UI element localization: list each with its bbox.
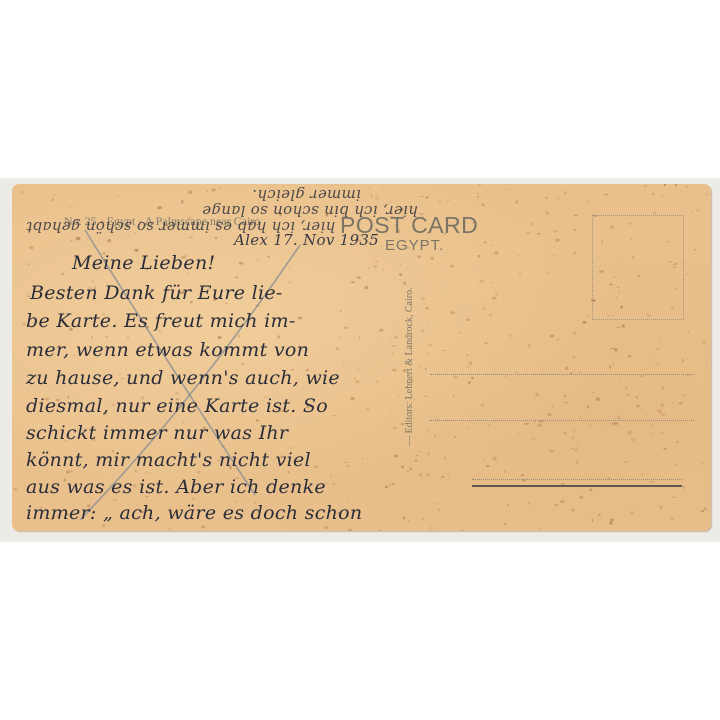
- message-line: mer, wenn etwas kommt von: [26, 339, 309, 361]
- message-line: be Karte. Es freut mich im-: [26, 310, 296, 332]
- country-label: EGYPT.: [385, 237, 444, 254]
- address-underline: [472, 485, 682, 487]
- message-line: aus was es ist. Aber ich denke: [26, 476, 326, 498]
- message-line: Besten Dank für Eure lie-: [30, 282, 283, 304]
- message-line: schickt immer nur was Ihr: [26, 422, 288, 444]
- stamp-box: [592, 215, 684, 320]
- message-line: diesmal, nur eine Karte ist. So: [26, 395, 328, 417]
- address-line: [430, 374, 694, 375]
- postcard: No. 25 - Egypt - A Palmscape near Cairo …: [12, 184, 711, 531]
- message-line: immer: „ ach, wäre es doch schon: [26, 502, 362, 524]
- address-line: [472, 479, 682, 480]
- handwritten-date: Alex 17. Nov 1935: [234, 231, 379, 249]
- message-line: könnt, mir macht's nicht viel: [26, 449, 311, 471]
- address-line: [430, 420, 694, 421]
- message-line: Meine Lieben!: [72, 252, 215, 274]
- publisher-imprint: — Editors: Lehnert & Landrock, Cairo.: [404, 287, 415, 446]
- message-line: zu hause, und wenn's auch, wie: [26, 367, 340, 389]
